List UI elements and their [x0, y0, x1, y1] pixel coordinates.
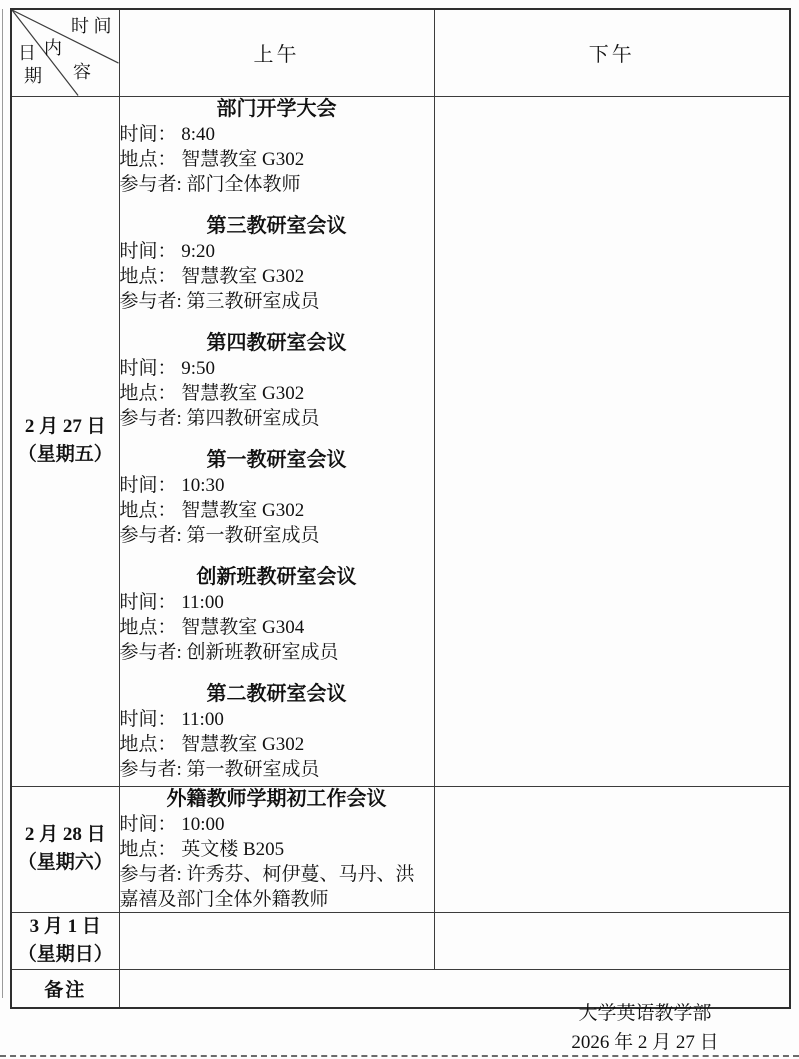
row-day-feb27: 2 月 27 日 （星期五） 部门开学大会 时间： 8:40 地点： 智慧教室 … — [11, 96, 790, 786]
weekday-text: （星期五） — [12, 441, 119, 469]
afternoon-cell-mar1 — [434, 912, 790, 969]
corner-label-date-bottom: 期 — [24, 67, 42, 85]
event-participants: 参与者: 第一教研室成员 — [120, 523, 434, 548]
corner-label-content-bottom: 容 — [73, 63, 91, 81]
event-participants: 参与者: 部门全体教师 — [120, 172, 434, 197]
morning-cell-feb28: 外籍教师学期初工作会议 时间： 10:00 地点： 英文楼 B205 参与者: … — [119, 786, 434, 912]
afternoon-cell-feb27 — [434, 96, 790, 786]
event-place: 地点： 英文楼 B205 — [120, 837, 434, 862]
date-cell-mar1: 3 月 1 日 （星期日） — [11, 912, 119, 969]
date-text: 2 月 27 日 — [12, 413, 119, 441]
event-time: 时间： 9:20 — [120, 239, 434, 264]
corner-diagonal-cell: 时 间 内 容 日 期 — [11, 9, 119, 96]
morning-cell-mar1 — [119, 912, 434, 969]
event-block: 外籍教师学期初工作会议 时间： 10:00 地点： 英文楼 B205 参与者: … — [120, 787, 434, 912]
date-cell-feb28: 2 月 28 日 （星期六） — [11, 786, 119, 912]
corner-label-content-top: 内 — [44, 39, 62, 57]
event-title: 第二教研室会议 — [120, 682, 434, 707]
event-block: 第三教研室会议 时间： 9:20 地点： 智慧教室 G302 参与者: 第三教研… — [120, 214, 434, 314]
header-row: 时 间 内 容 日 期 上午 下午 — [11, 9, 790, 96]
event-block: 第一教研室会议 时间： 10:30 地点： 智慧教室 G302 参与者: 第一教… — [120, 448, 434, 548]
date-text: 2 月 28 日 — [12, 821, 119, 849]
event-time: 时间： 11:00 — [120, 590, 434, 615]
event-title: 第一教研室会议 — [120, 448, 434, 473]
signature-block: 大学英语教学部 2026 年 2 月 27 日 — [520, 999, 770, 1057]
weekday-text: （星期六） — [12, 849, 119, 877]
event-title: 第三教研室会议 — [120, 214, 434, 239]
column-header-afternoon: 下午 — [434, 9, 790, 96]
event-place: 地点： 智慧教室 G302 — [120, 147, 434, 172]
event-title: 部门开学大会 — [120, 97, 434, 122]
column-header-morning: 上午 — [119, 9, 434, 96]
row-day-mar1: 3 月 1 日 （星期日） — [11, 912, 790, 969]
event-participants: 参与者: 第四教研室成员 — [120, 406, 434, 431]
weekday-text: （星期日） — [12, 941, 119, 969]
event-place: 地点： 智慧教室 G302 — [120, 732, 434, 757]
afternoon-cell-feb28 — [434, 786, 790, 912]
event-block: 第四教研室会议 时间： 9:50 地点： 智慧教室 G302 参与者: 第四教研… — [120, 331, 434, 431]
event-time: 时间： 10:00 — [120, 812, 434, 837]
event-time: 时间： 9:50 — [120, 356, 434, 381]
corner-label-time: 时 间 — [71, 17, 112, 35]
event-participants: 参与者: 创新班教研室成员 — [120, 640, 434, 665]
event-time: 时间： 10:30 — [120, 473, 434, 498]
event-participants: 参与者: 第一教研室成员 — [120, 757, 434, 782]
schedule-table: 时 间 内 容 日 期 上午 下午 2 月 27 日 （星期五） 部门开学大会 … — [10, 8, 791, 1009]
date-cell-feb27: 2 月 27 日 （星期五） — [11, 96, 119, 786]
scan-edge-artifact-left — [2, 9, 3, 998]
date-text: 3 月 1 日 — [12, 913, 119, 941]
corner-label-date-top: 日 — [18, 44, 36, 62]
event-block: 部门开学大会 时间： 8:40 地点： 智慧教室 G302 参与者: 部门全体教… — [120, 97, 434, 197]
notes-label-cell: 备注 — [11, 969, 119, 1008]
event-title: 创新班教研室会议 — [120, 565, 434, 590]
morning-cell-feb27: 部门开学大会 时间： 8:40 地点： 智慧教室 G302 参与者: 部门全体教… — [119, 96, 434, 786]
event-place: 地点： 智慧教室 G302 — [120, 498, 434, 523]
event-block: 第二教研室会议 时间： 11:00 地点： 智慧教室 G302 参与者: 第一教… — [120, 682, 434, 782]
event-place: 地点： 智慧教室 G304 — [120, 615, 434, 640]
event-participants: 参与者: 许秀芬、柯伊蔓、马丹、洪嘉禧及部门全体外籍教师 — [120, 862, 434, 912]
event-time: 时间： 11:00 — [120, 707, 434, 732]
event-participants: 参与者: 第三教研室成员 — [120, 289, 434, 314]
event-block: 创新班教研室会议 时间： 11:00 地点： 智慧教室 G304 参与者: 创新… — [120, 565, 434, 665]
event-place: 地点： 智慧教室 G302 — [120, 264, 434, 289]
event-title: 第四教研室会议 — [120, 331, 434, 356]
event-place: 地点： 智慧教室 G302 — [120, 381, 434, 406]
event-title: 外籍教师学期初工作会议 — [120, 787, 434, 812]
event-time: 时间： 8:40 — [120, 122, 434, 147]
row-day-feb28: 2 月 28 日 （星期六） 外籍教师学期初工作会议 时间： 10:00 地点：… — [11, 786, 790, 912]
signature-date: 2026 年 2 月 27 日 — [520, 1028, 770, 1057]
signature-org: 大学英语教学部 — [520, 999, 770, 1028]
